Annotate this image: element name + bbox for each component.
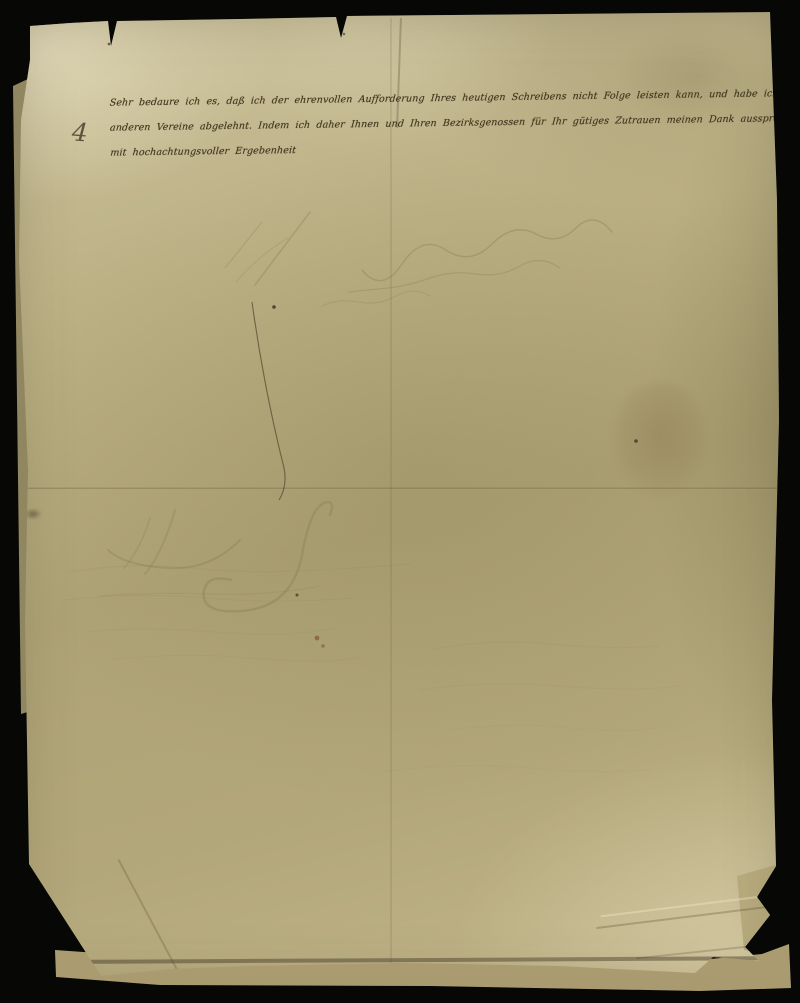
bottom-edge-shadow	[90, 956, 770, 964]
stain-right-middle	[612, 382, 707, 497]
scan-stage: 4 Sehr bedaure ich es, daß ich der ehren…	[0, 0, 800, 1003]
wrinkle-crease-bottom-right-2	[636, 943, 775, 960]
horizontal-fold-crease	[22, 487, 778, 490]
diagonal-crease-bottom-left	[118, 859, 181, 975]
margin-page-numeral: 4	[71, 117, 89, 147]
handwritten-text-block: Sehr bedaure ich es, daß ich der ehrenvo…	[110, 81, 771, 165]
letter-page: 4 Sehr bedaure ich es, daß ich der ehren…	[0, 0, 800, 1003]
ink-thread-line	[252, 302, 285, 500]
